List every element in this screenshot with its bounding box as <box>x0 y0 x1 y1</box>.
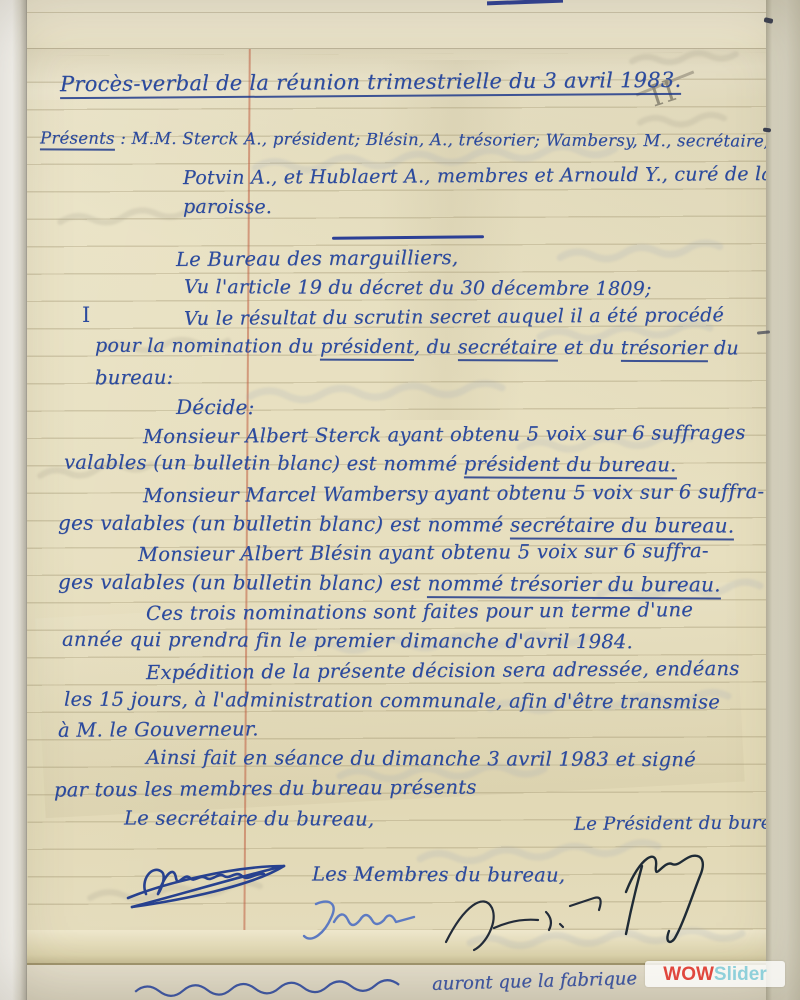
doc-line: Décide: <box>176 395 255 419</box>
doc-line: pour la nomination du président, du secr… <box>95 335 739 360</box>
doc-line: ges valables (un bulletin blanc) est nom… <box>58 511 734 538</box>
doc-line: Ainsi fait en séance du dimanche 3 avril… <box>146 746 696 771</box>
doc-line: bureau: <box>95 366 174 390</box>
doc-line: Monsieur Albert Blésin ayant obtenu 5 vo… <box>138 539 709 566</box>
right-page-edge <box>766 0 800 1000</box>
doc-line: à M. le Gouverneur. <box>58 717 259 741</box>
doc-line: Monsieur Albert Sterck ayant obtenu 5 vo… <box>143 421 746 448</box>
doc-line: valables (un bulletin blanc) est nommé p… <box>64 451 677 477</box>
doc-line: Ces trois nominations sont faites pour u… <box>146 598 693 625</box>
signature-secretary-wambersy <box>122 836 307 916</box>
signature-member-arnould <box>292 892 437 954</box>
wowslider-watermark[interactable]: WOWSlider <box>645 961 785 987</box>
scanned-document-photo: Procès-verbal de la réunion trimestriell… <box>0 0 800 1000</box>
presents-line-3: paroisse. <box>183 196 272 218</box>
doc-line: les 15 jours, à l'administration communa… <box>64 688 720 714</box>
signature-president-sterck <box>612 832 722 952</box>
watermark-slider-text: Slider <box>714 965 767 984</box>
doc-line: année qui prendra fin le premier dimanch… <box>62 628 633 653</box>
secretary-caption: Le secrétaire du bureau, <box>124 806 374 830</box>
doc-line: ges valables (un bulletin blanc) est nom… <box>58 570 721 597</box>
presents-line: Présents : M.M. Sterck A., président; Bl… <box>40 128 770 150</box>
next-page-partial-writing <box>130 968 430 998</box>
margin-roman-numeral: I <box>82 303 91 327</box>
doc-line: Expédition de la présente décision sera … <box>146 657 740 684</box>
doc-line: Vu l'article 19 du décret du 30 décembre… <box>184 276 652 300</box>
doc-line: Monsieur Marcel Wambersy ayant obtenu 5 … <box>143 480 764 507</box>
title-line: Procès-verbal de la réunion trimestriell… <box>60 68 682 96</box>
doc-line: Vu le résultat du scrutin secret auquel … <box>184 304 724 330</box>
doc-line: Le Bureau des marguilliers, <box>176 246 458 271</box>
doc-line: par tous les membres du bureau présents <box>54 776 477 802</box>
signature-member-scribble <box>428 880 613 958</box>
left-page-edge <box>0 0 27 1000</box>
presents-line-2: Potvin A., et Hublaert A., membres et Ar… <box>183 163 773 189</box>
watermark-wow-text: WOW <box>663 965 714 984</box>
